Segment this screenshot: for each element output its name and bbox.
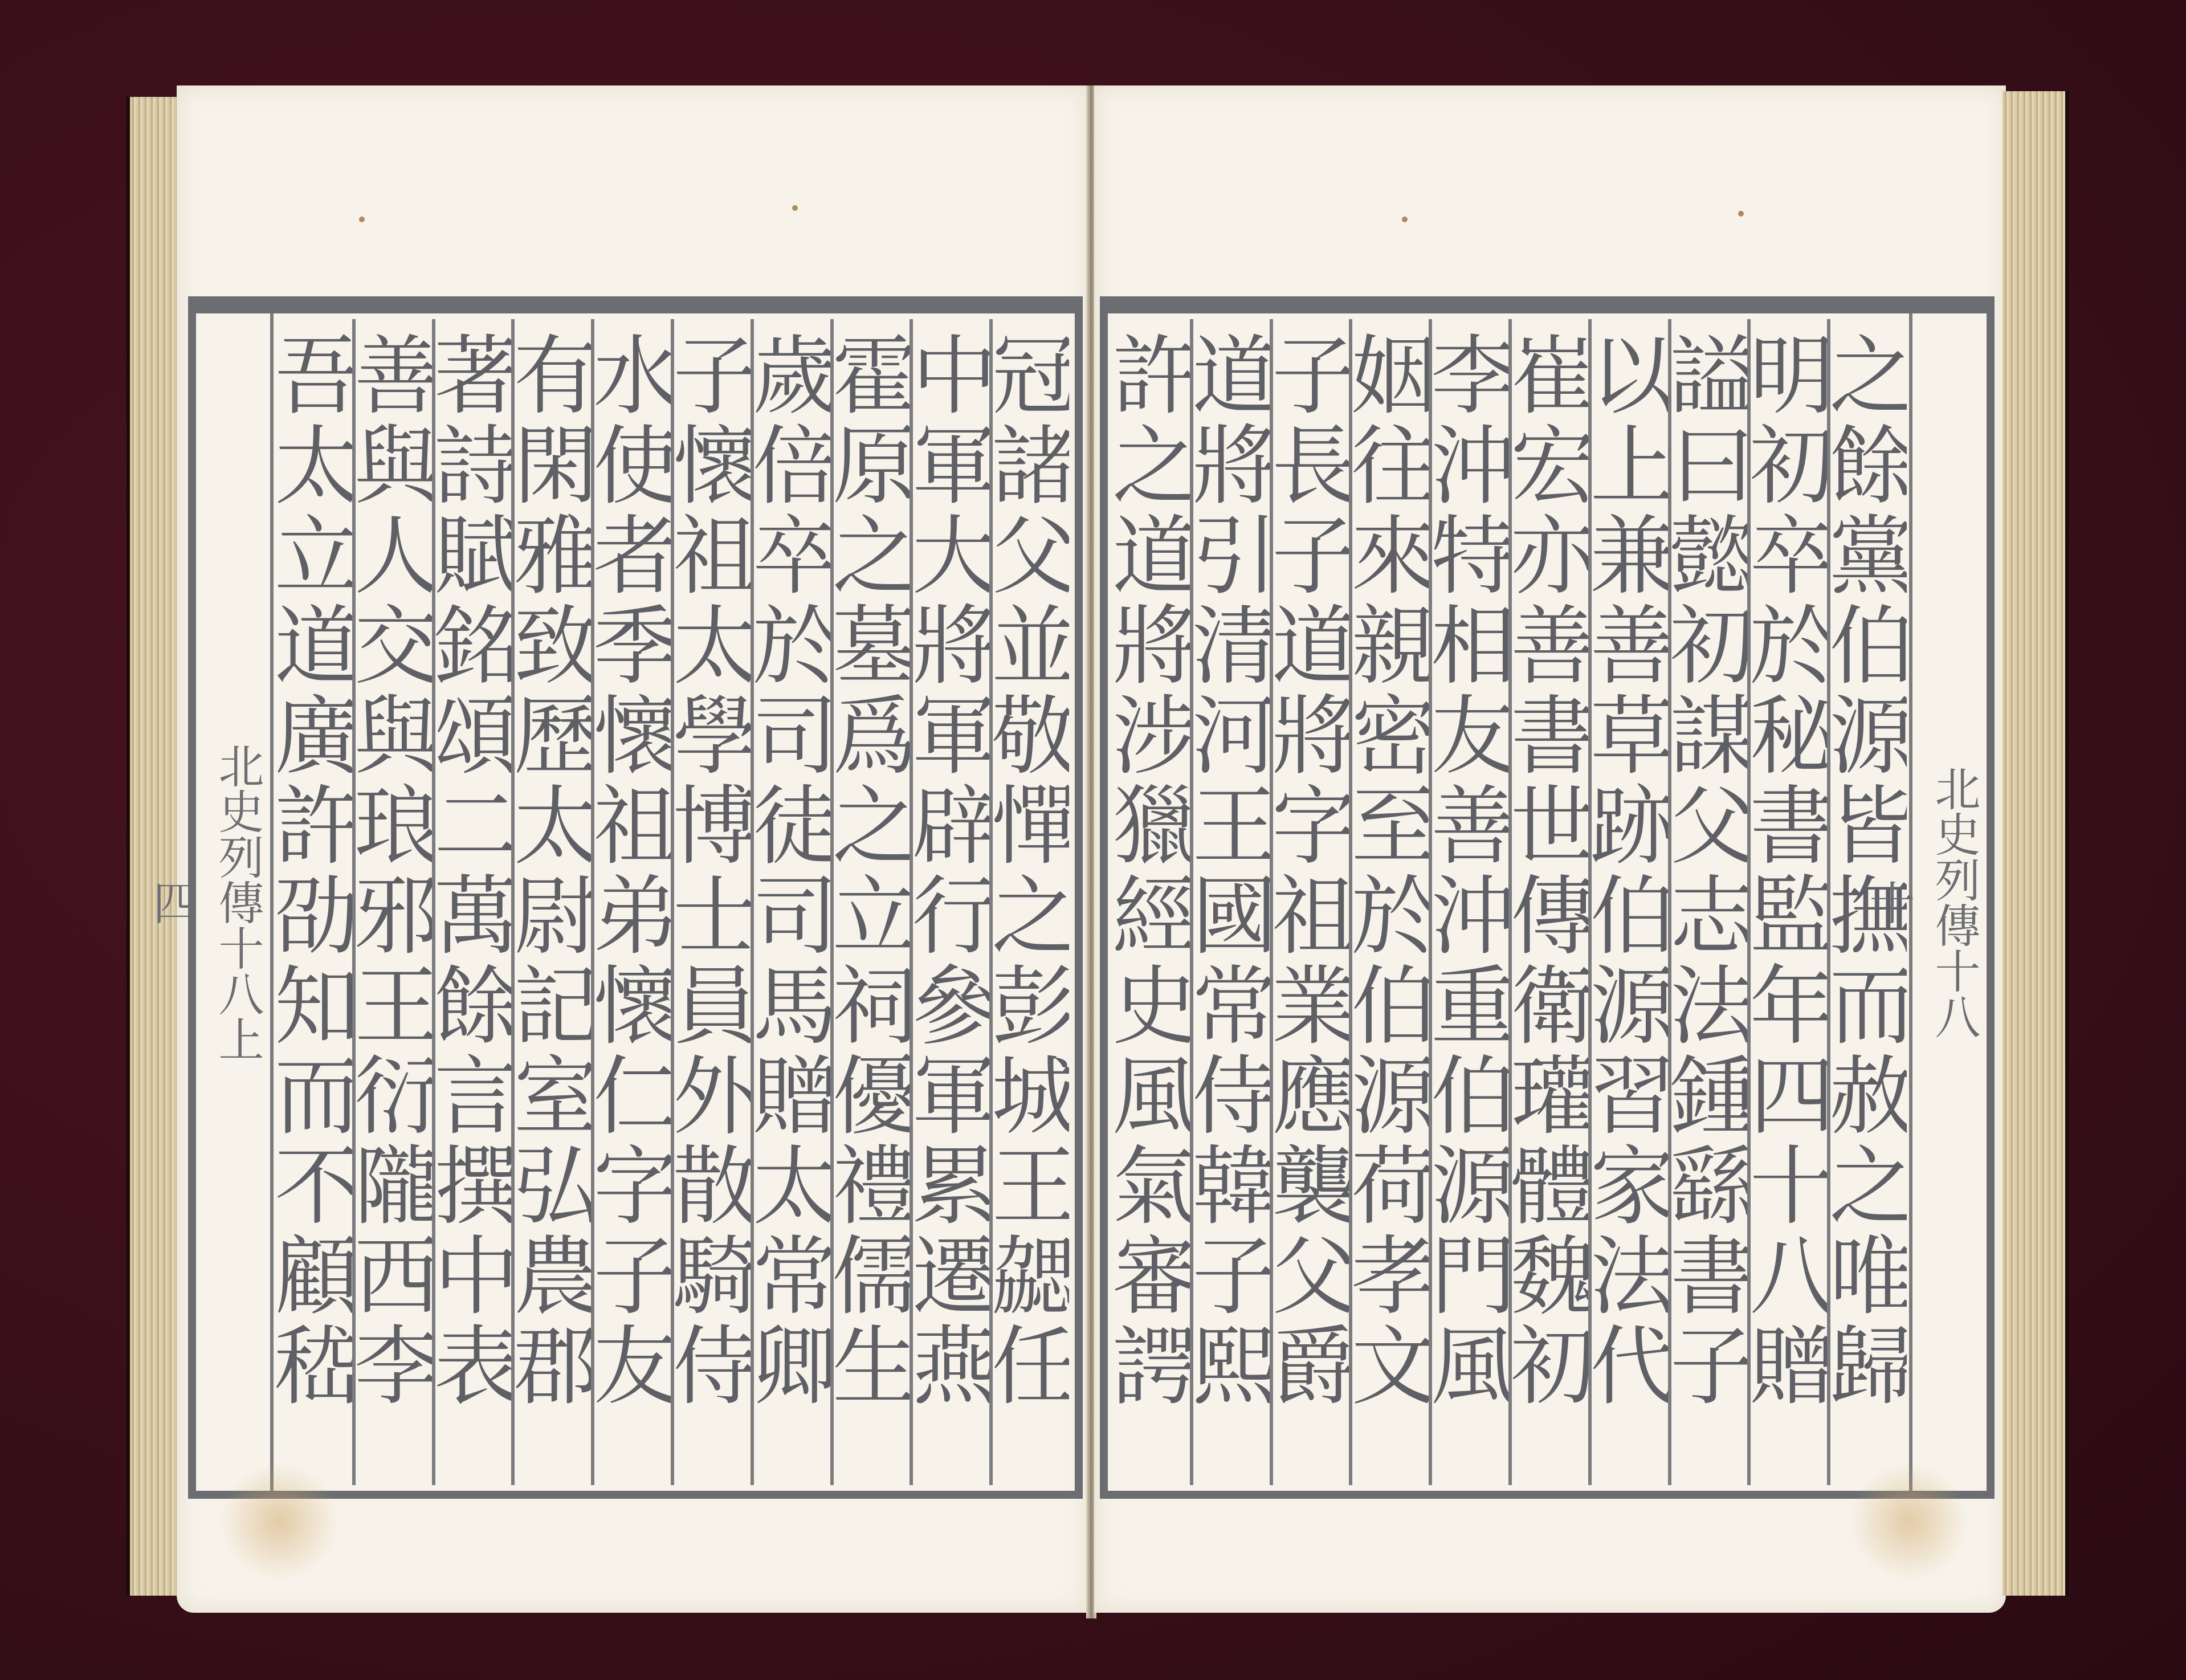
left-text-columns: 冠諸父並敬憚之彭城王勰任城王澄皆虛衿相待勰爲 中軍大將軍辟行參軍累遷燕郡太守道將…	[276, 319, 1069, 1485]
text-column: 霍原之墓爲之立祠優禮儒生厲勸學業示教課所因	[830, 319, 910, 1485]
banxin-title: 北史列傳十八	[1921, 765, 1987, 1039]
text-column: 子長子道將字祖業應襲父爵而讓第八弟道舒詔不許	[1270, 319, 1349, 1485]
banxin-page-number: 四	[139, 879, 205, 925]
stain-dot	[1402, 217, 1408, 222]
left-print-frame: 北史列傳十八上 四 冠諸父並敬憚之彭城王勰任城王澄皆虛衿相待勰爲 中軍大將軍辟行…	[188, 296, 1083, 1499]
right-page: 之餘黨伯源皆撫而赦之唯歸罪於陵由是衆心乃安景 明初卒於秘書監年四十八贈幽州刺史復…	[1094, 85, 2006, 1613]
banxin-title: 北史列傳十八上	[205, 743, 270, 1062]
text-column: 子懷祖太學博士員外散騎侍郎卒子莊少有美名位都	[671, 319, 751, 1485]
open-book: 北史列傳十八上 四 冠諸父並敬憚之彭城王勰任城王澄皆虛衿相待勰爲 中軍大將軍辟行…	[120, 80, 2069, 1641]
water-stain	[1846, 1465, 1972, 1579]
text-column: 著詩賦銘頌二萬餘言撰中表實錄二十卷懷仁有行檢	[432, 319, 512, 1485]
text-column: 有閑雅致歷太尉記室弘農郡守不之任卜居陳留界所	[511, 319, 591, 1485]
stain-dot	[1738, 211, 1744, 217]
text-column: 以上兼善草跡伯源習家法代京宮殿多其所題白馬公	[1588, 319, 1668, 1485]
text-column: 許之道將涉獵經史風氣審諤頗有文才爲一家後來之	[1114, 319, 1190, 1485]
text-column: 道將引清河王國常侍韓子熙讓弟采魚陽男之例詔乃	[1190, 319, 1270, 1485]
text-column: 歲倍卒於司徒司馬贈太常卿謚曰獻所爲文筆數十篇	[751, 319, 830, 1485]
text-column: 冠諸父並敬憚之彭城王勰任城王澄皆虛衿相待勰爲	[989, 319, 1069, 1485]
water-stain	[217, 1465, 342, 1579]
left-page: 北史列傳十八上 四 冠諸父並敬憚之彭城王勰任城王澄皆虛衿相待勰爲 中軍大將軍辟行…	[177, 85, 1088, 1613]
stain-dot	[359, 217, 365, 222]
stain-dot	[792, 205, 798, 211]
text-column: 崔宏亦善書世傳衛瓘體魏初工書者崔盧二門伯源與	[1508, 319, 1588, 1485]
banxin-page-number: 十	[1855, 879, 1921, 925]
text-column: 水使者季懷祖弟懷仁字子友涉學有辭性恬靜蕭然	[591, 319, 671, 1485]
text-column: 謚曰懿初謀父志法鍾繇書子孫傳業累世有能名至邈	[1668, 319, 1748, 1485]
book-page-edges-left	[127, 97, 180, 1596]
text-column: 明初卒於秘書監年四十八贈幽州刺史復本爵固安伯	[1747, 319, 1827, 1485]
text-column: 李沖特相友善沖重伯源門風伯源私沖才官故結爲婚	[1429, 319, 1508, 1485]
right-banxin: 北史列傳十八 十	[1909, 313, 1987, 1491]
text-column: 姻往來親密至於伯源荷孝文意遇頗亦由沖伯源有八	[1349, 319, 1429, 1485]
book-page-edges-right	[2003, 91, 2069, 1596]
left-banxin: 北史列傳十八上 四	[196, 313, 274, 1491]
text-column: 中軍大將軍辟行參軍累遷燕郡太守道將下車表樂毅	[910, 319, 989, 1485]
right-print-frame: 之餘黨伯源皆撫而赦之唯歸罪於陵由是衆心乃安景 明初卒於秘書監年四十八贈幽州刺史復…	[1100, 296, 1995, 1499]
text-column: 善與人交與琅邪王衍隴西李壽之情好相得常語衍云	[352, 319, 432, 1485]
right-text-columns: 之餘黨伯源皆撫而赦之唯歸罪於陵由是衆心乃安景 明初卒於秘書監年四十八贈幽州刺史復…	[1114, 319, 1907, 1485]
text-column: 吾太立道廣許劭知而不顧嵇生峭立鍾會遇而絕言吾	[276, 319, 352, 1485]
